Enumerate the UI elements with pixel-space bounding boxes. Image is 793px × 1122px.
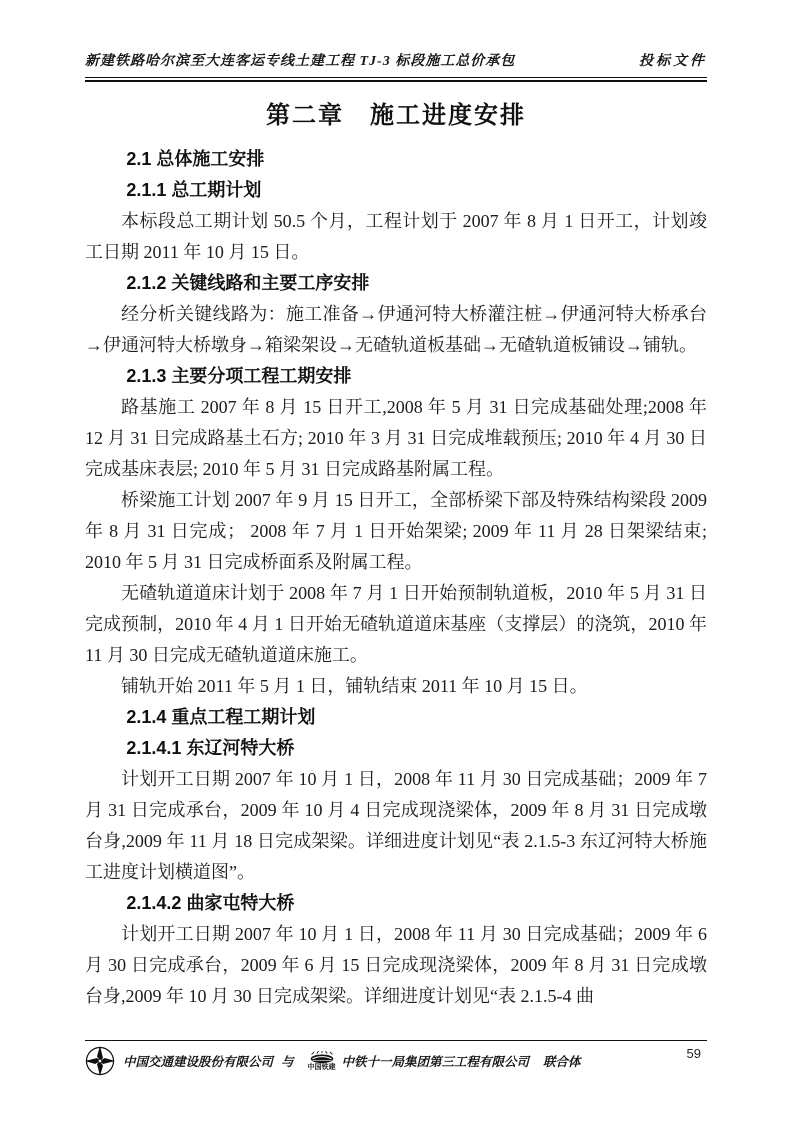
paragraph-qujiatun-bridge-schedule: 计划开工日期 2007 年 10 月 1 日，2008 年 11 月 30 日完… <box>85 919 707 1012</box>
footer-company-2: 中铁十一局集团第三工程有限公司 <box>342 1052 530 1070</box>
paragraph-total-duration: 本标段总工期计划 50.5 个月，工程计划于 2007 年 8 月 1 日开工，… <box>85 206 707 268</box>
heading-2-1-3: 2.1.3 主要分项工程工期安排 <box>85 361 707 392</box>
paragraph-subgrade-schedule: 路基施工 2007 年 8 月 15 日开工,2008 年 5 月 31 日完成… <box>85 392 707 485</box>
paragraph-ballastless-track-schedule: 无碴轨道道床计划于 2008 年 7 月 1 日开始预制轨道板，2010 年 5… <box>85 578 707 671</box>
header-project-title: 新建铁路哈尔滨至大连客运专线土建工程 TJ-3 标段施工总价承包 <box>85 50 515 70</box>
heading-2-1: 2.1 总体施工安排 <box>85 144 707 175</box>
heading-2-1-4-2: 2.1.4.2 曲家屯特大桥 <box>85 888 707 919</box>
header-doc-type: 投标文件 <box>639 50 707 70</box>
paragraph-dongliaohe-bridge-schedule: 计划开工日期 2007 年 10 月 1 日，2008 年 11 月 30 日完… <box>85 764 707 888</box>
page-header: 新建铁路哈尔滨至大连客运专线土建工程 TJ-3 标段施工总价承包 投标文件 <box>85 50 707 70</box>
header-double-rule <box>85 77 707 82</box>
footer-joiner: 与 <box>281 1052 294 1070</box>
crcc-emblem-icon <box>309 1051 335 1064</box>
footer-rule <box>85 1040 707 1041</box>
page-number: 59 <box>687 1046 701 1061</box>
heading-2-1-4: 2.1.4 重点工程工期计划 <box>85 702 707 733</box>
heading-2-1-2: 2.1.2 关键线路和主要工序安排 <box>85 268 707 299</box>
cccc-compass-logo-icon <box>85 1046 115 1076</box>
paragraph-track-laying-schedule: 铺轨开始 2011 年 5 月 1 日，铺轨结束 2011 年 10 月 15 … <box>85 671 707 702</box>
footer-consortium-label: 联合体 <box>543 1052 581 1070</box>
crcc-logo-block: 中国铁建 <box>308 1051 336 1072</box>
paragraph-bridge-schedule: 桥梁施工计划 2007 年 9 月 15 日开工，全部桥梁下部及特殊结构梁段 2… <box>85 485 707 578</box>
chapter-title: 第二章 施工进度安排 <box>85 98 707 134</box>
footer-company-1: 中国交通建设股份有限公司 <box>123 1052 273 1070</box>
document-content: 第二章 施工进度安排 2.1 总体施工安排 2.1.1 总工期计划 本标段总工期… <box>85 92 707 1012</box>
document-page: { "page_header": { "left_title": "新建铁路哈尔… <box>0 0 793 1122</box>
paragraph-critical-path: 经分析关键线路为：施工准备→伊通河特大桥灌注桩→伊通河特大桥承台→伊通河特大桥墩… <box>85 299 707 361</box>
crcc-logo-caption: 中国铁建 <box>308 1064 336 1072</box>
heading-2-1-1: 2.1.1 总工期计划 <box>85 175 707 206</box>
page-footer: 中国交通建设股份有限公司 与 中国铁建 中铁十一局集团第三工程有限公司 联合体 … <box>85 1046 707 1076</box>
heading-2-1-4-1: 2.1.4.1 东辽河特大桥 <box>85 733 707 764</box>
